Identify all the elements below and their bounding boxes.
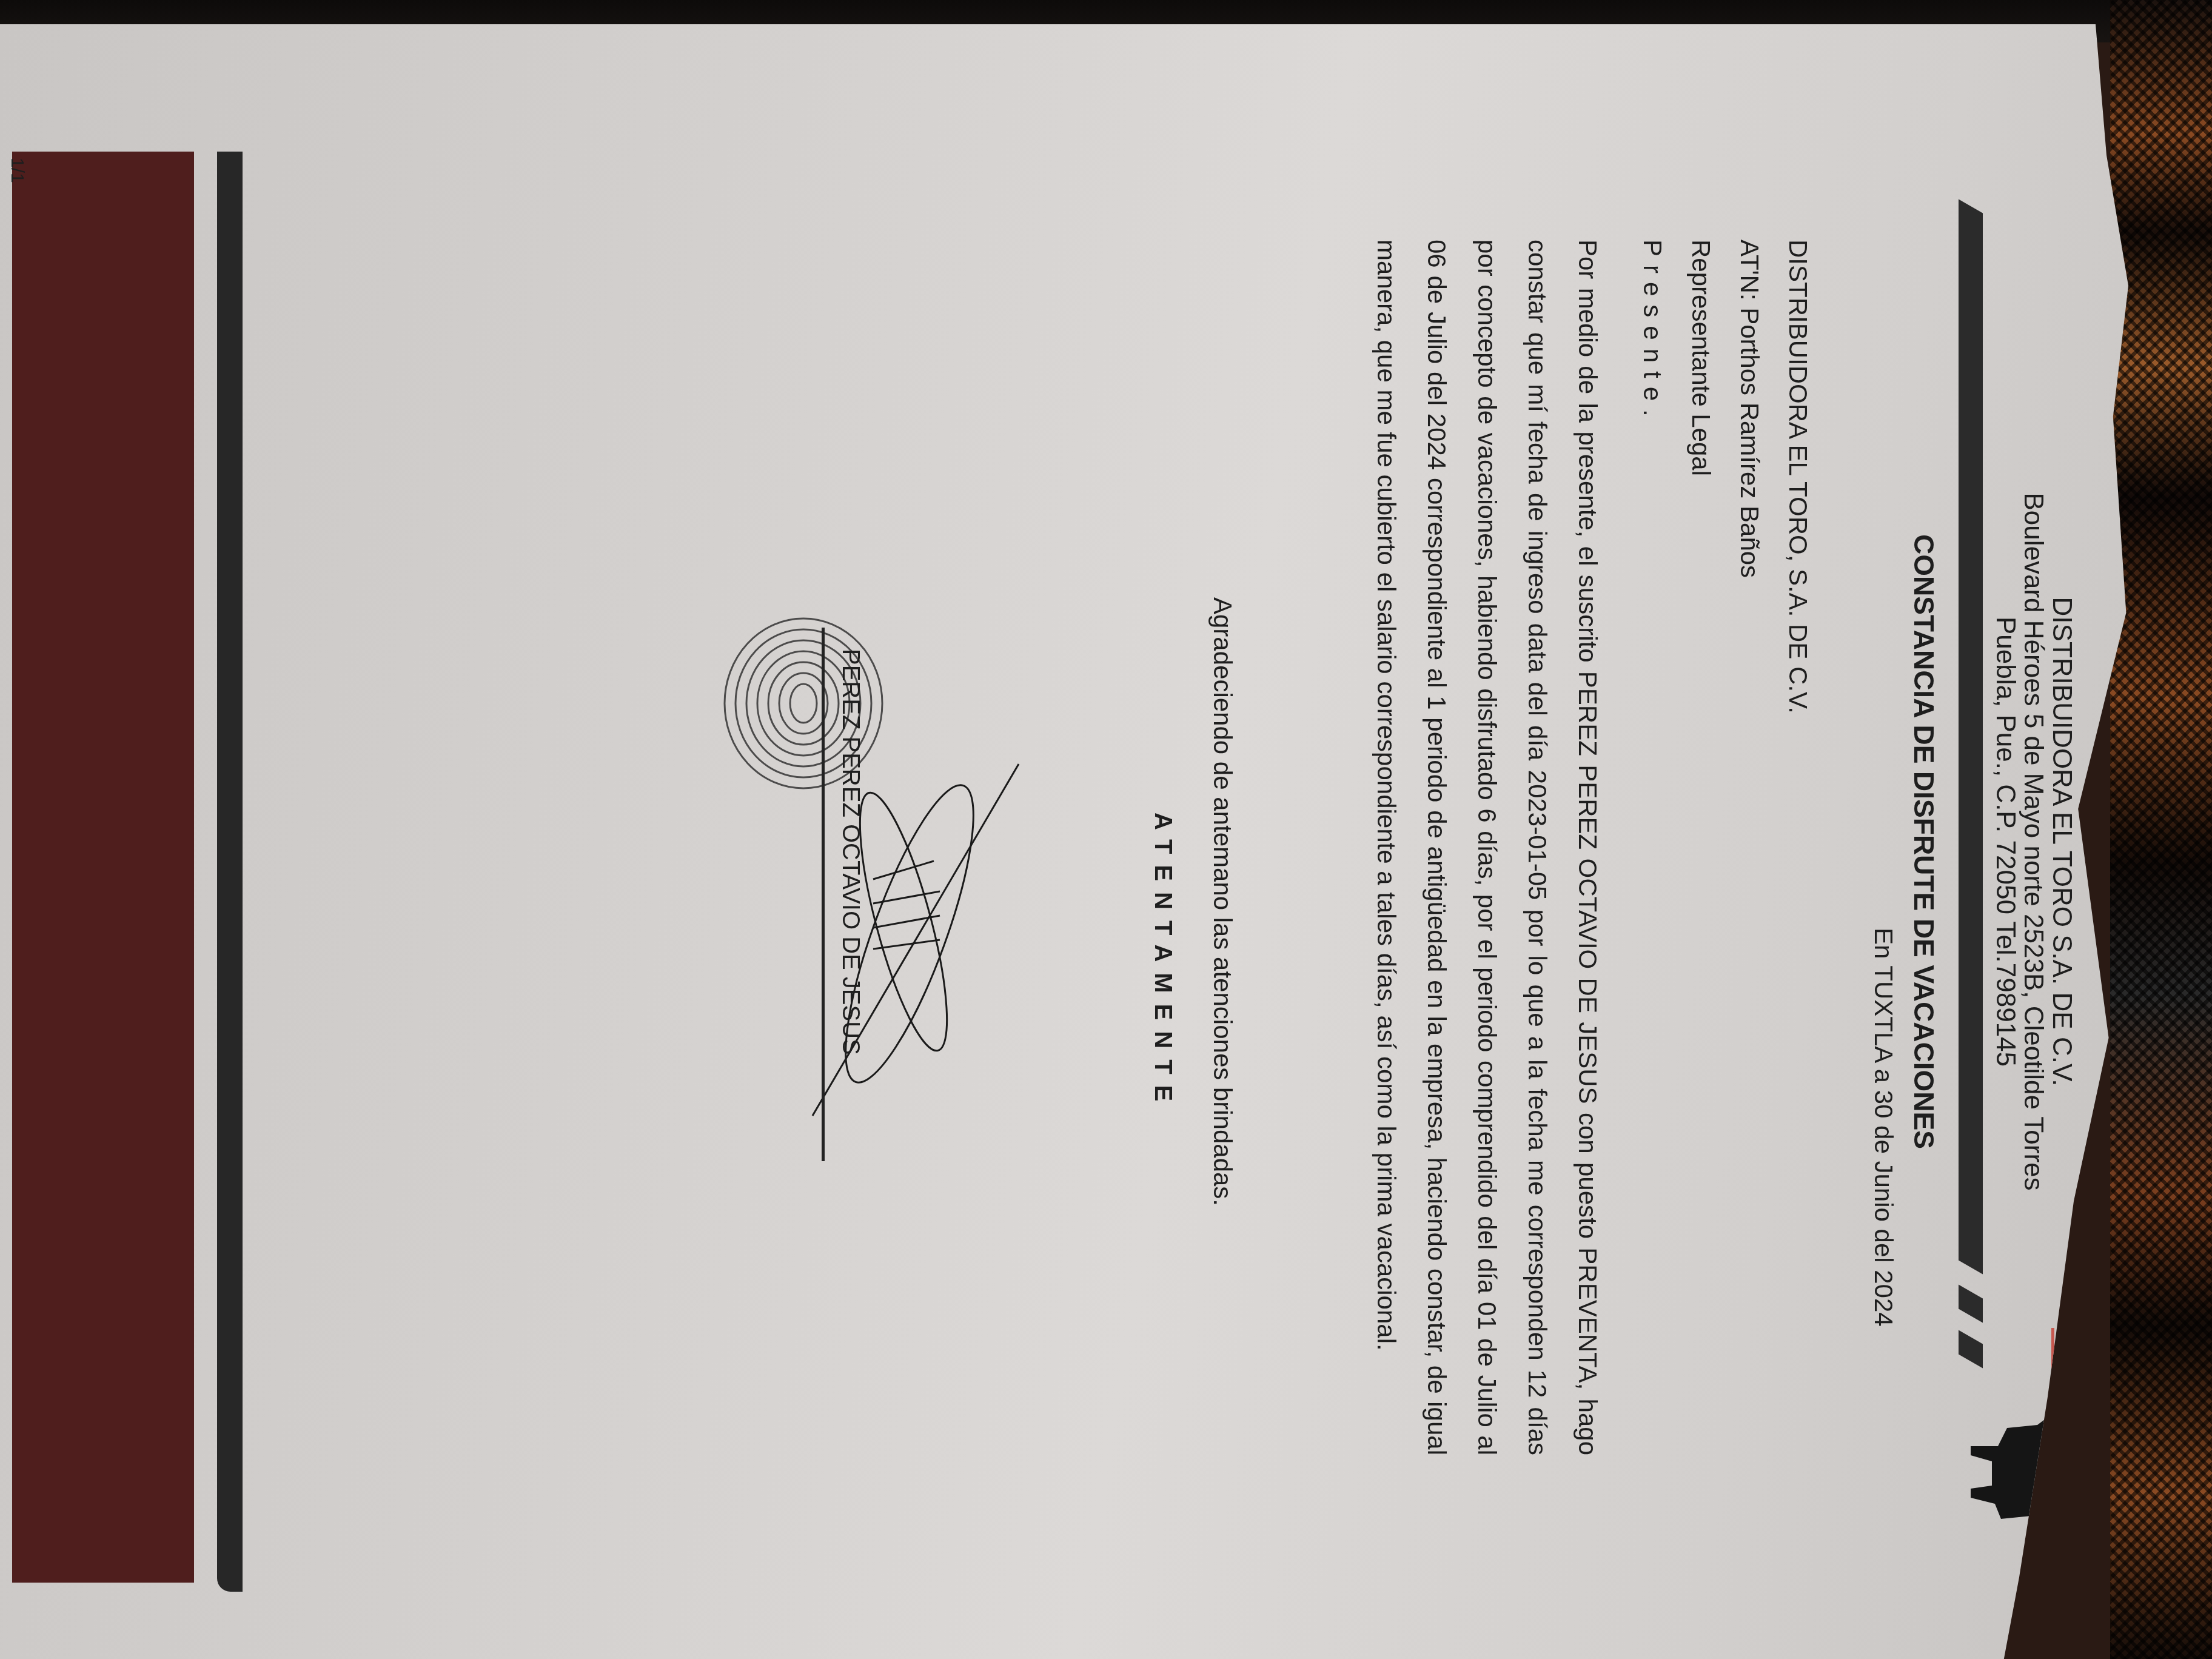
body-paragraph: Por medio de la presente, el suscrito PE… [1361, 240, 1613, 1455]
header-bar [1959, 199, 1983, 1274]
handwritten-signature [788, 740, 1031, 1128]
recipient-greeting: Presente. [1628, 240, 1677, 714]
recipient-role: Representante Legal [1677, 240, 1725, 714]
document-page: DISTRIBUIDORA EL TORO S.A. DE C.V. Boule… [0, 24, 2183, 1659]
thanks-line: Agradeciendo de antemano las atenciones … [1208, 597, 1237, 1206]
bull-icon [1965, 1413, 2122, 1540]
footer-bar-red [12, 152, 194, 1583]
company-logo: Distribuidora EL TORO [1934, 1285, 2134, 1540]
date-line: En TUXTLA a 30 de Junio del 2024 [1869, 928, 1898, 1327]
logo-tagline-bar [2051, 1328, 2054, 1437]
letterhead-company: DISTRIBUIDORA EL TORO S.A. DE C.V. [2046, 24, 2077, 1659]
footer-bar-black [217, 152, 243, 1592]
recipient-company: DISTRIBUIDORA EL TORO, S.A. DE C.V. [1774, 240, 1822, 714]
signer-name: PEREZ PEREZ OCTAVIO DE JESUS [837, 649, 864, 1055]
background-fabric [2110, 0, 2212, 1659]
recipient-attn: AT'N: Porthos Ramírez Baños [1725, 240, 1774, 714]
recipient-block: DISTRIBUIDORA EL TORO, S.A. DE C.V. AT'N… [1628, 240, 1822, 714]
closing-word: ATENTAMENTE [1149, 813, 1176, 1112]
signature-line [822, 628, 825, 1161]
page-number: 1/1 [7, 158, 27, 183]
logo-small-text: Distribuidora [2094, 1358, 2110, 1429]
paper-sheet: DISTRIBUIDORA EL TORO S.A. DE C.V. Boule… [0, 24, 2183, 1659]
document-title: CONSTANCIA DE DISFRUTE DE VACACIONES [1908, 24, 1940, 1659]
logo-brand-text: EL TORO [2056, 1328, 2098, 1486]
